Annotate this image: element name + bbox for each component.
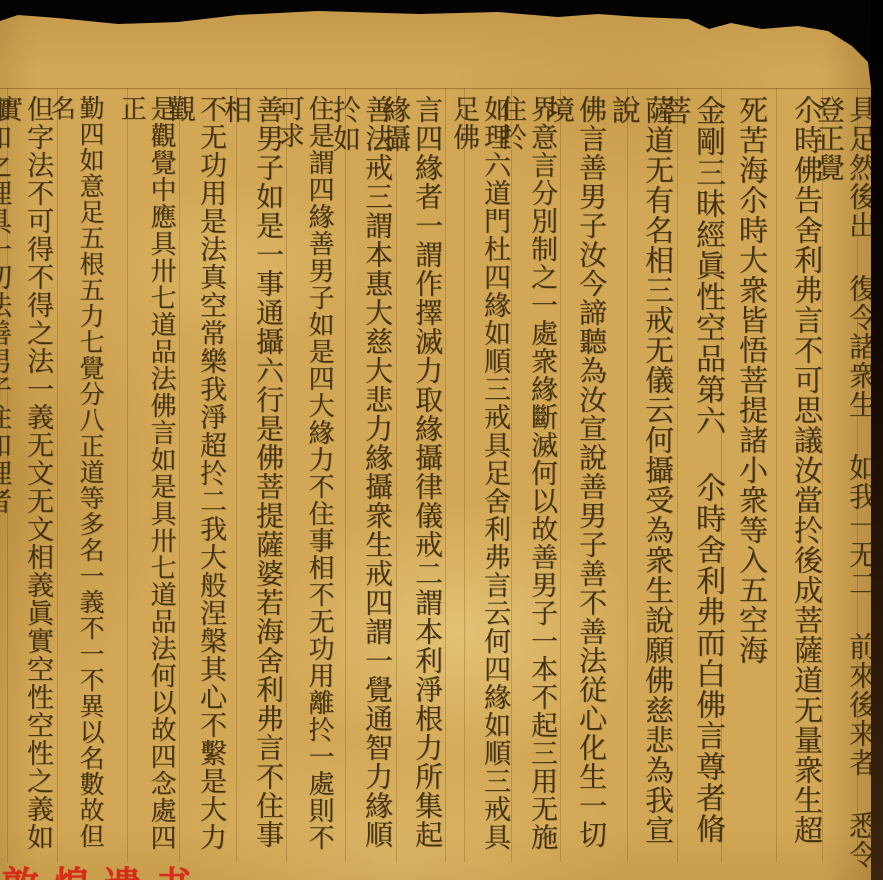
column-rule-line — [677, 88, 678, 862]
sutra-column-11: 住是謂四緣善男子如是四大緣力不住事相不无功用離扵一處則不可求 — [289, 95, 333, 870]
sutra-column-2: 尒時佛告舍利弗言不可思議汝當扵後成菩薩道无量衆生超 — [779, 95, 823, 870]
column-rule-line — [127, 88, 128, 862]
column-rule-line — [345, 88, 346, 862]
column-rule-line — [286, 88, 287, 862]
sutra-column-4-chapter-title: 金剛三昧經眞性空品第六 尒時舍利弗而白佛言尊者脩菩 — [680, 95, 724, 870]
sutra-column-13: 不无功用是法真空常樂我淨超扵二我大般涅槃其心不繫是大力觀 — [182, 95, 226, 870]
sutra-column-6: 佛言善男子汝今諦聽為汝宣說善男子善不善法従心化生一切境 — [563, 95, 607, 870]
sutra-column-5: 薩道无有名相三戒无儀云何攝受為衆生說願佛慈悲為我宣說 — [630, 95, 674, 870]
sutra-column-8: 如理六道門杜四緣如順三戒具足舍利弗言云何四緣如順三戒具足佛 — [466, 95, 510, 870]
sutra-column-14: 是觀覺中應具卅七道品法佛言如是具卅七道品法何以故四念處四正 — [131, 95, 175, 870]
scroll-right-edge — [871, 0, 883, 880]
column-rule-line — [511, 88, 512, 862]
column-rule-line — [464, 88, 465, 862]
column-rule-line — [627, 88, 628, 862]
sutra-column-15: 勤四如意足五根五力七覺分八正道等多名一義不一不異以名數故但名 — [60, 95, 104, 870]
sutra-column-12: 善男子如是一事通攝六行是佛菩提薩婆若海舍利弗言不住事相 — [240, 95, 284, 870]
sutra-column-3: 死苦海尒時大衆皆悟菩提諸小衆等入五空海 — [724, 95, 768, 870]
column-rule-line — [396, 88, 397, 862]
sutra-column-17-clipped: 如如之理具一切法善男子住如理者 — [0, 95, 11, 870]
sutra-column-10: 善法戒三謂本惠大慈大悲力緣攝衆生戒四謂一覺通智力緣順扵如 — [349, 95, 393, 870]
sutra-column-9: 言四緣者一謂作擇滅力取緣攝律儀戒二謂本利淨根力所集起緣攝 — [399, 95, 443, 870]
column-rule-line — [560, 88, 561, 862]
sutra-column-16: 但字法不可得不得之法一義无文无文相義眞實空性空性之義如實 — [9, 95, 53, 870]
column-rule-line — [179, 88, 180, 862]
top-margin-rule-line — [0, 88, 883, 89]
red-watermark-fragment: 敦煌遗书 — [2, 855, 302, 880]
scroll-torn-top-edge — [0, 0, 883, 96]
sutra-column-7: 界意言分別制之一處衆緣斷滅何以故善男子一本不起三用无施住扵 — [513, 95, 557, 870]
column-rule-line — [236, 88, 237, 862]
column-rule-line — [776, 88, 777, 862]
column-rule-line — [445, 88, 446, 862]
column-rule-line — [57, 88, 58, 862]
manuscript-photo: 具足然後出 復令諸衆生 如我一无二 前來後来者 悉令登正覺 尒時佛告舍利弗言不可… — [0, 0, 883, 880]
